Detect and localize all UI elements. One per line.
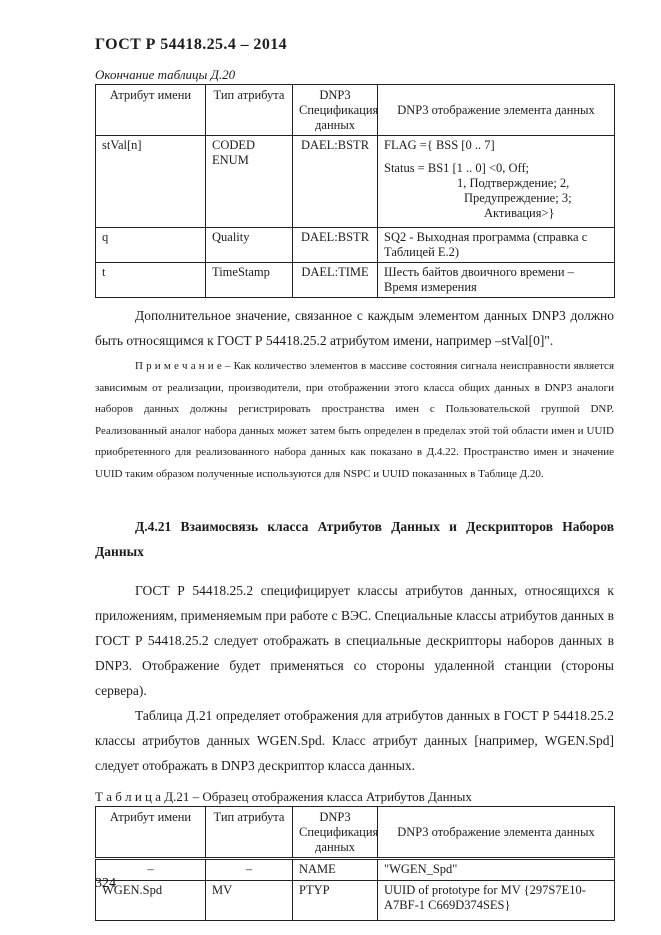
- cell-dnp3-mapping: SQ2 - Выходная программа (справка с Табл…: [378, 228, 615, 263]
- table-d20: Атрибут имени Тип атрибута DNP3 Специфик…: [95, 84, 615, 298]
- col-header-dnp3-mapping: DNP3 отображение элемента данных: [378, 85, 615, 136]
- col-header-dnp3-spec-line3: данных: [299, 118, 371, 133]
- cell-attribute-type: Quality: [206, 228, 293, 263]
- table-row-name: – – NAME "WGEN_Spd": [96, 859, 615, 881]
- cell-dnp3-spec: DAEL:TIME: [293, 263, 378, 298]
- table-row-wgen-spd: WGEN.Spd MV PTYP UUID of prototype for M…: [96, 881, 615, 921]
- mapping-line3: 1, Подтверждение; 2,: [384, 176, 608, 191]
- mapping-line4: Предупреждение; 3;: [384, 191, 608, 206]
- cell-attribute-type: –: [206, 859, 293, 881]
- col-header-dnp3-spec-line2: Спецификация: [299, 825, 371, 840]
- table-row-q: q Quality DAEL:BSTR SQ2 - Выходная прогр…: [96, 228, 615, 263]
- col-header-attribute-type: Тип атрибута: [206, 85, 293, 136]
- col-header-dnp3-spec-line3: данных: [299, 840, 371, 855]
- table-row-t: t TimeStamp DAEL:TIME Шесть байтов двоич…: [96, 263, 615, 298]
- cell-type-line1: CODED: [212, 138, 286, 153]
- cell-dnp3-mapping: Шесть байтов двоичного времени – Время и…: [378, 263, 615, 298]
- mapping-line5: Активация>}: [384, 206, 608, 221]
- page-content: ГОСТ Р 54418.25.4 – 2014 Окончание табли…: [95, 36, 614, 921]
- cell-dnp3-spec: DAEL:BSTR: [293, 228, 378, 263]
- cell-dnp3-mapping: UUID of prototype for MV {297S7E10-A7BF-…: [378, 881, 615, 921]
- col-header-dnp3-spec: DNP3 Спецификация данных: [293, 807, 378, 859]
- cell-attribute-name: q: [96, 228, 206, 263]
- table-d21: Атрибут имени Тип атрибута DNP3 Специфик…: [95, 806, 615, 921]
- cell-dnp3-spec: DAEL:BSTR: [293, 136, 378, 228]
- col-header-attribute-type: Тип атрибута: [206, 807, 293, 859]
- col-header-dnp3-spec-line1: DNP3: [299, 88, 371, 103]
- cell-type-line2: ENUM: [212, 153, 286, 168]
- col-header-dnp3-spec-line2: Спецификация: [299, 103, 371, 118]
- paragraph-table-d21-defines: Таблица Д.21 определяет отображения для …: [95, 703, 614, 778]
- cell-attribute-name: stVal[n]: [96, 136, 206, 228]
- cell-dnp3-mapping: "WGEN_Spd": [378, 859, 615, 881]
- page-number: 324: [95, 876, 116, 892]
- table-d20-header-row: Атрибут имени Тип атрибута DNP3 Специфик…: [96, 85, 615, 136]
- col-header-dnp3-spec-line1: DNP3: [299, 810, 371, 825]
- cell-attribute-type: TimeStamp: [206, 263, 293, 298]
- section-heading-d421: Д.4.21 Взаимосвязь класса Атрибутов Данн…: [95, 514, 614, 564]
- note-paragraph: П р и м е ч а н и е – Как количество эле…: [95, 356, 614, 485]
- col-header-attribute-name: Атрибут имени: [96, 85, 206, 136]
- cell-attribute-name: t: [96, 263, 206, 298]
- paragraph-additional-value: Дополнительное значение, связанное с каж…: [95, 303, 614, 353]
- table-d21-header-row: Атрибут имени Тип атрибута DNP3 Специфик…: [96, 807, 615, 859]
- table-d21-caption: Т а б л и ц а Д.21 – Образец отображения…: [95, 789, 614, 805]
- cell-dnp3-spec: PTYP: [293, 881, 378, 921]
- table-d20-continuation-caption: Окончание таблицы Д.20: [95, 67, 614, 83]
- mapping-line2: Status = BS1 [1 .. 0] <0, Off;: [384, 161, 608, 176]
- document-header: ГОСТ Р 54418.25.4 – 2014: [95, 36, 614, 54]
- document-page: ГОСТ Р 54418.25.4 – 2014 Окончание табли…: [0, 0, 661, 935]
- table-row-stval: stVal[n] CODED ENUM DAEL:BSTR FLAG ={ BS…: [96, 136, 615, 228]
- col-header-attribute-name: Атрибут имени: [96, 807, 206, 859]
- paragraph-gost-specifies: ГОСТ Р 54418.25.2 специфицирует классы а…: [95, 578, 614, 703]
- col-header-dnp3-mapping: DNP3 отображение элемента данных: [378, 807, 615, 859]
- cell-dnp3-mapping: FLAG ={ BSS [0 .. 7] Status = BS1 [1 .. …: [378, 136, 615, 228]
- cell-attribute-type: MV: [206, 881, 293, 921]
- cell-dnp3-spec: NAME: [293, 859, 378, 881]
- col-header-dnp3-spec: DNP3 Спецификация данных: [293, 85, 378, 136]
- mapping-line1: FLAG ={ BSS [0 .. 7]: [384, 138, 608, 153]
- cell-attribute-type: CODED ENUM: [206, 136, 293, 228]
